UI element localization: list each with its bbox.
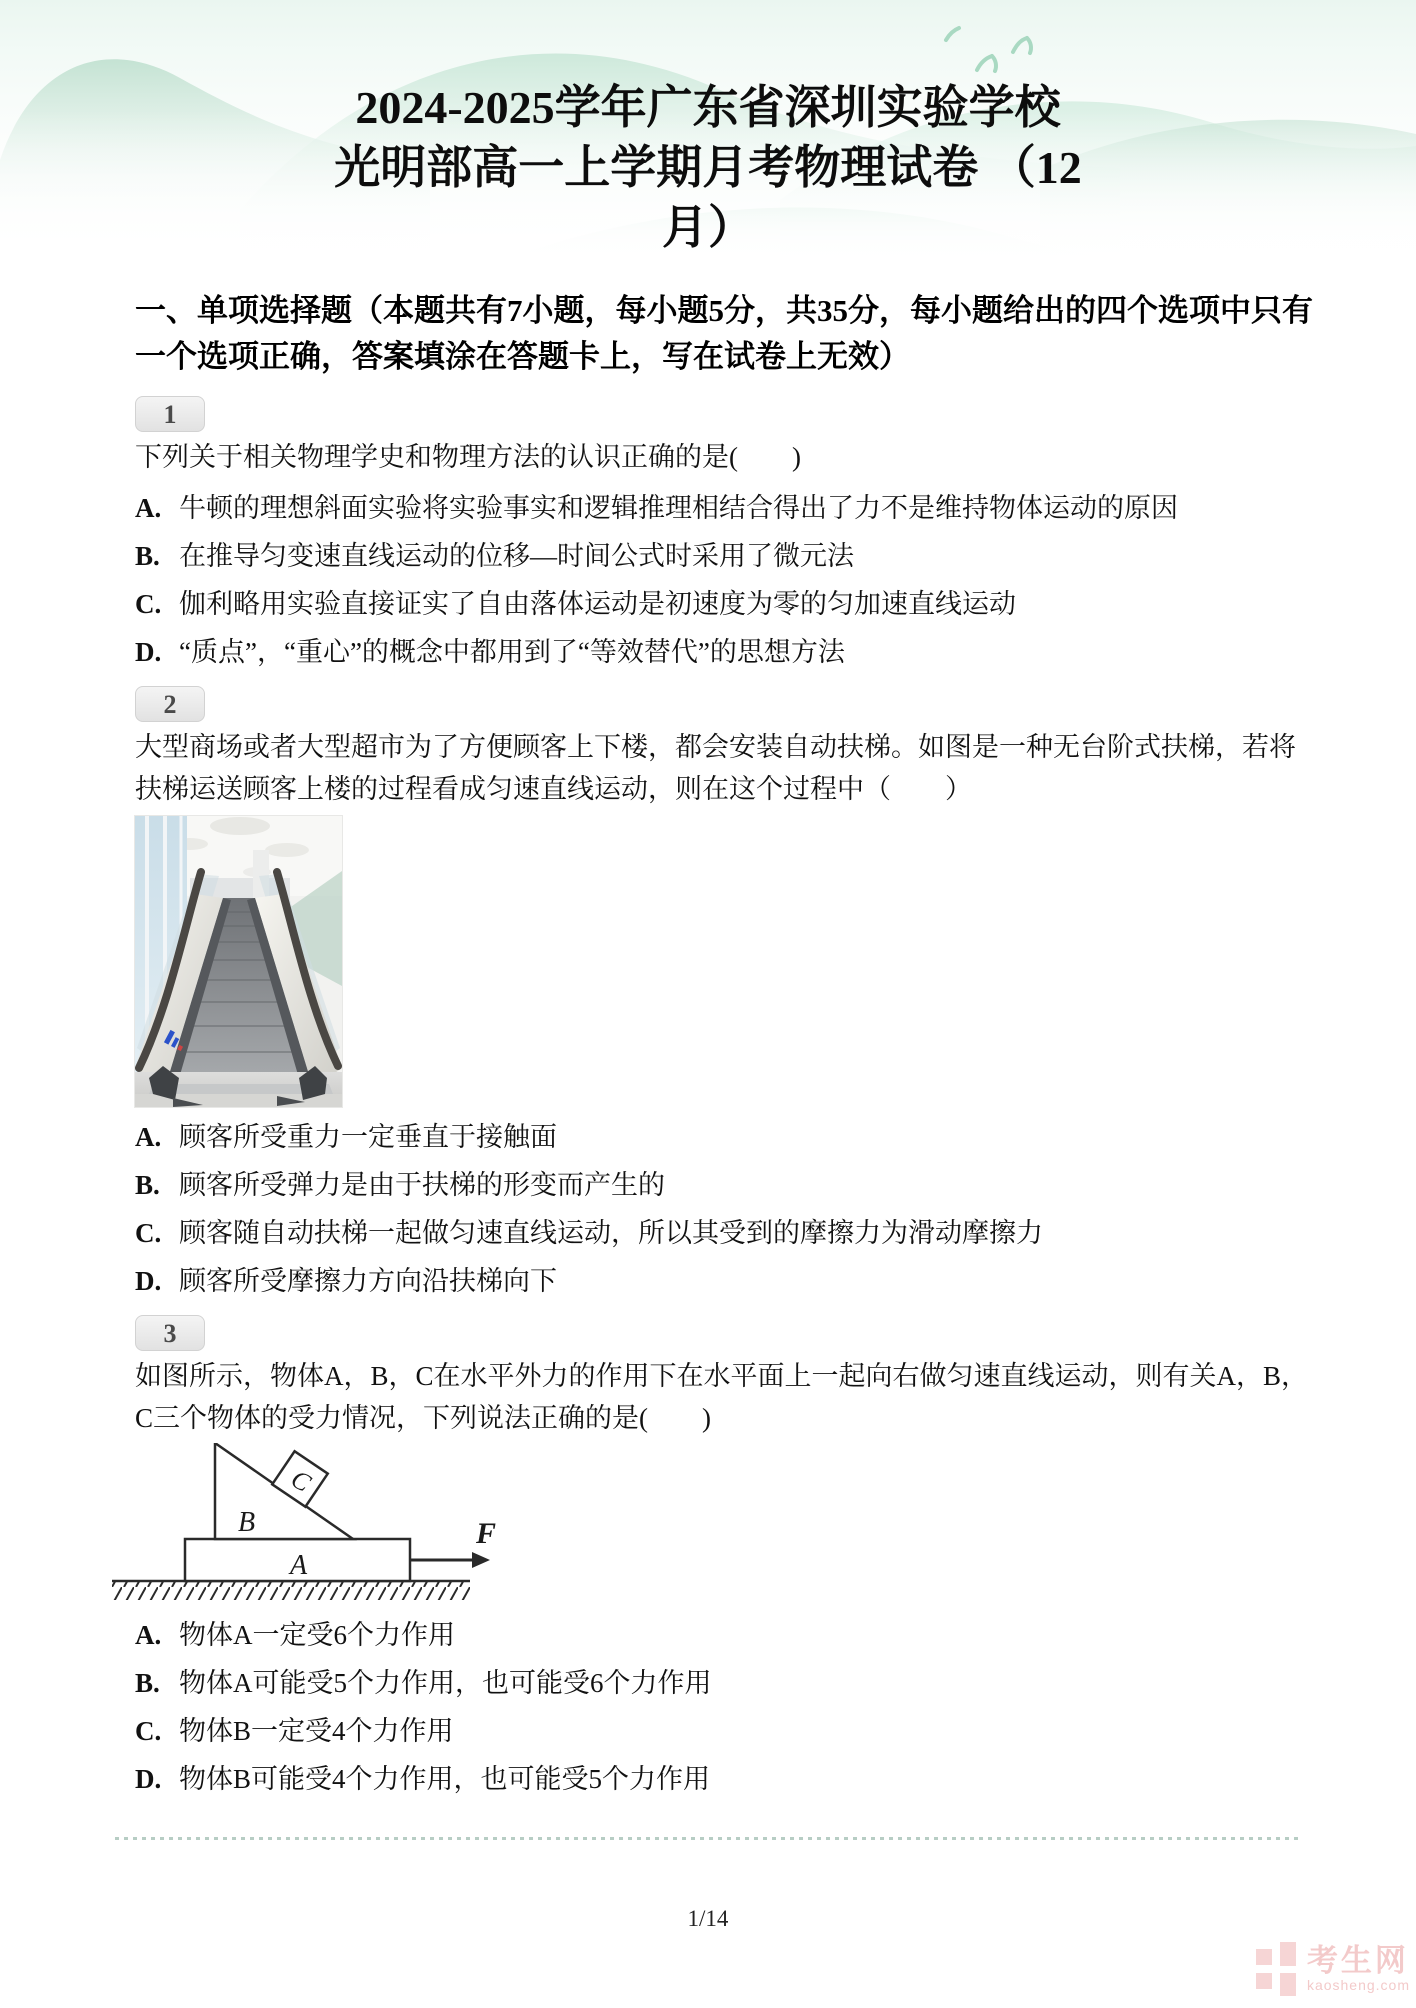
option-text: 顾客随自动扶梯一起做匀速直线运动，所以其受到的摩擦力为滑动摩擦力 (179, 1216, 1315, 1251)
option-text: “质点”，“重心”的概念中都用到了“等效替代”的思想方法 (179, 635, 1315, 670)
option-row: C. 物体B一定受4个力作用 (135, 1714, 1315, 1749)
title-line-3: 月） (0, 198, 1416, 258)
option-text: 顾客所受弹力是由于扶梯的形变而产生的 (179, 1168, 1315, 1203)
question-stem: 下列关于相关物理学史和物理方法的认识正确的是( ) (135, 436, 1315, 478)
option-row: A. 顾客所受重力一定垂直于接触面 (135, 1120, 1315, 1155)
option-text: 顾客所受重力一定垂直于接触面 (179, 1120, 1315, 1155)
question-number-badge: 2 (135, 686, 205, 722)
question-1: 1 下列关于相关物理学史和物理方法的认识正确的是( ) A. 牛顿的理想斜面实验… (135, 396, 1315, 670)
option-list: A. 顾客所受重力一定垂直于接触面 B. 顾客所受弹力是由于扶梯的形变而产生的 … (135, 1120, 1315, 1299)
option-text: 物体B可能受4个力作用，也可能受5个力作用 (179, 1762, 1315, 1797)
escalator-photo (135, 816, 342, 1107)
option-text: 物体A可能受5个力作用，也可能受6个力作用 (179, 1666, 1315, 1701)
option-text: 牛顿的理想斜面实验将实验事实和逻辑推理相结合得出了力不是维持物体运动的原因 (179, 491, 1315, 526)
exam-content: 一、单项选择题（本题共有7小题，每小题5分，共35分，每小题给出的四个选项中只有… (135, 288, 1315, 1797)
page-title: 2024-2025学年广东省深圳实验学校 光明部高一上学期月考物理试卷 （12 … (0, 78, 1416, 258)
option-text: 物体A一定受6个力作用 (179, 1618, 1315, 1653)
option-text: 物体B一定受4个力作用 (179, 1714, 1315, 1749)
watermark-site-name: 考生网 (1307, 1945, 1410, 1977)
section-heading: 一、单项选择题（本题共有7小题，每小题5分，共35分，每小题给出的四个选项中只有… (135, 288, 1315, 380)
option-label: C. (135, 587, 179, 622)
watermark-text: 考生网 kaosheng.com (1307, 1945, 1410, 1993)
option-row: C. 顾客随自动扶梯一起做匀速直线运动，所以其受到的摩擦力为滑动摩擦力 (135, 1216, 1315, 1251)
title-line-1: 2024-2025学年广东省深圳实验学校 (0, 78, 1416, 138)
kaosheng-logo-icon (1256, 1942, 1298, 1996)
option-row: C. 伽利略用实验直接证实了自由落体运动是初速度为零的匀加速直线运动 (135, 587, 1315, 622)
option-row: B. 物体A可能受5个力作用，也可能受6个力作用 (135, 1666, 1315, 1701)
option-list: A. 牛顿的理想斜面实验将实验事实和逻辑推理相结合得出了力不是维持物体运动的原因… (135, 491, 1315, 670)
force-arrowhead (472, 1552, 490, 1568)
option-label: A. (135, 491, 179, 526)
option-text: 顾客所受摩擦力方向沿扶梯向下 (179, 1264, 1315, 1299)
watermark: 考生网 kaosheng.com (1256, 1942, 1410, 1996)
physics-figure: B A C F (110, 1443, 610, 1605)
page-number: 1/14 (0, 1906, 1416, 1932)
option-label: B. (135, 1666, 179, 1701)
label-f: F (475, 1517, 496, 1550)
option-row: D. “质点”，“重心”的概念中都用到了“等效替代”的思想方法 (135, 635, 1315, 670)
question-number-badge: 1 (135, 396, 205, 432)
option-list: A. 物体A一定受6个力作用 B. 物体A可能受5个力作用，也可能受6个力作用 … (135, 1618, 1315, 1797)
option-row: D. 顾客所受摩擦力方向沿扶梯向下 (135, 1264, 1315, 1299)
option-label: D. (135, 1264, 179, 1299)
question-stem: 如图所示，物体A，B，C在水平外力的作用下在水平面上一起向右做匀速直线运动，则有… (135, 1355, 1315, 1439)
question-2: 2 大型商场或者大型超市为了方便顾客上下楼，都会安装自动扶梯。如图是一种无台阶式… (135, 686, 1315, 1299)
question-number-badge: 3 (135, 1315, 205, 1351)
dotted-divider (115, 1837, 1301, 1840)
option-label: A. (135, 1120, 179, 1155)
option-row: A. 牛顿的理想斜面实验将实验事实和逻辑推理相结合得出了力不是维持物体运动的原因 (135, 491, 1315, 526)
option-label: A. (135, 1618, 179, 1653)
option-row: B. 在推导匀变速直线运动的位移—时间公式时采用了微元法 (135, 539, 1315, 574)
title-line-2: 光明部高一上学期月考物理试卷 （12 (0, 138, 1416, 198)
option-label: D. (135, 1762, 179, 1797)
option-label: C. (135, 1216, 179, 1251)
option-row: B. 顾客所受弹力是由于扶梯的形变而产生的 (135, 1168, 1315, 1203)
option-text: 在推导匀变速直线运动的位移—时间公式时采用了微元法 (179, 539, 1315, 574)
option-text: 伽利略用实验直接证实了自由落体运动是初速度为零的匀加速直线运动 (179, 587, 1315, 622)
exam-page: 2024-2025学年广东省深圳实验学校 光明部高一上学期月考物理试卷 （12 … (0, 0, 1416, 2008)
option-label: B. (135, 539, 179, 574)
label-a: A (288, 1550, 308, 1581)
option-label: C. (135, 1714, 179, 1749)
option-row: A. 物体A一定受6个力作用 (135, 1618, 1315, 1653)
ground-hatch (112, 1582, 470, 1600)
question-3: 3 如图所示，物体A，B，C在水平外力的作用下在水平面上一起向右做匀速直线运动，… (135, 1315, 1315, 1797)
option-row: D. 物体B可能受4个力作用，也可能受5个力作用 (135, 1762, 1315, 1797)
question-stem: 大型商场或者大型超市为了方便顾客上下楼，都会安装自动扶梯。如图是一种无台阶式扶梯… (135, 726, 1315, 810)
option-label: D. (135, 635, 179, 670)
grass-bird-icon (946, 28, 1031, 71)
watermark-site-domain: kaosheng.com (1307, 1977, 1410, 1993)
option-label: B. (135, 1168, 179, 1203)
label-b: B (238, 1507, 255, 1538)
